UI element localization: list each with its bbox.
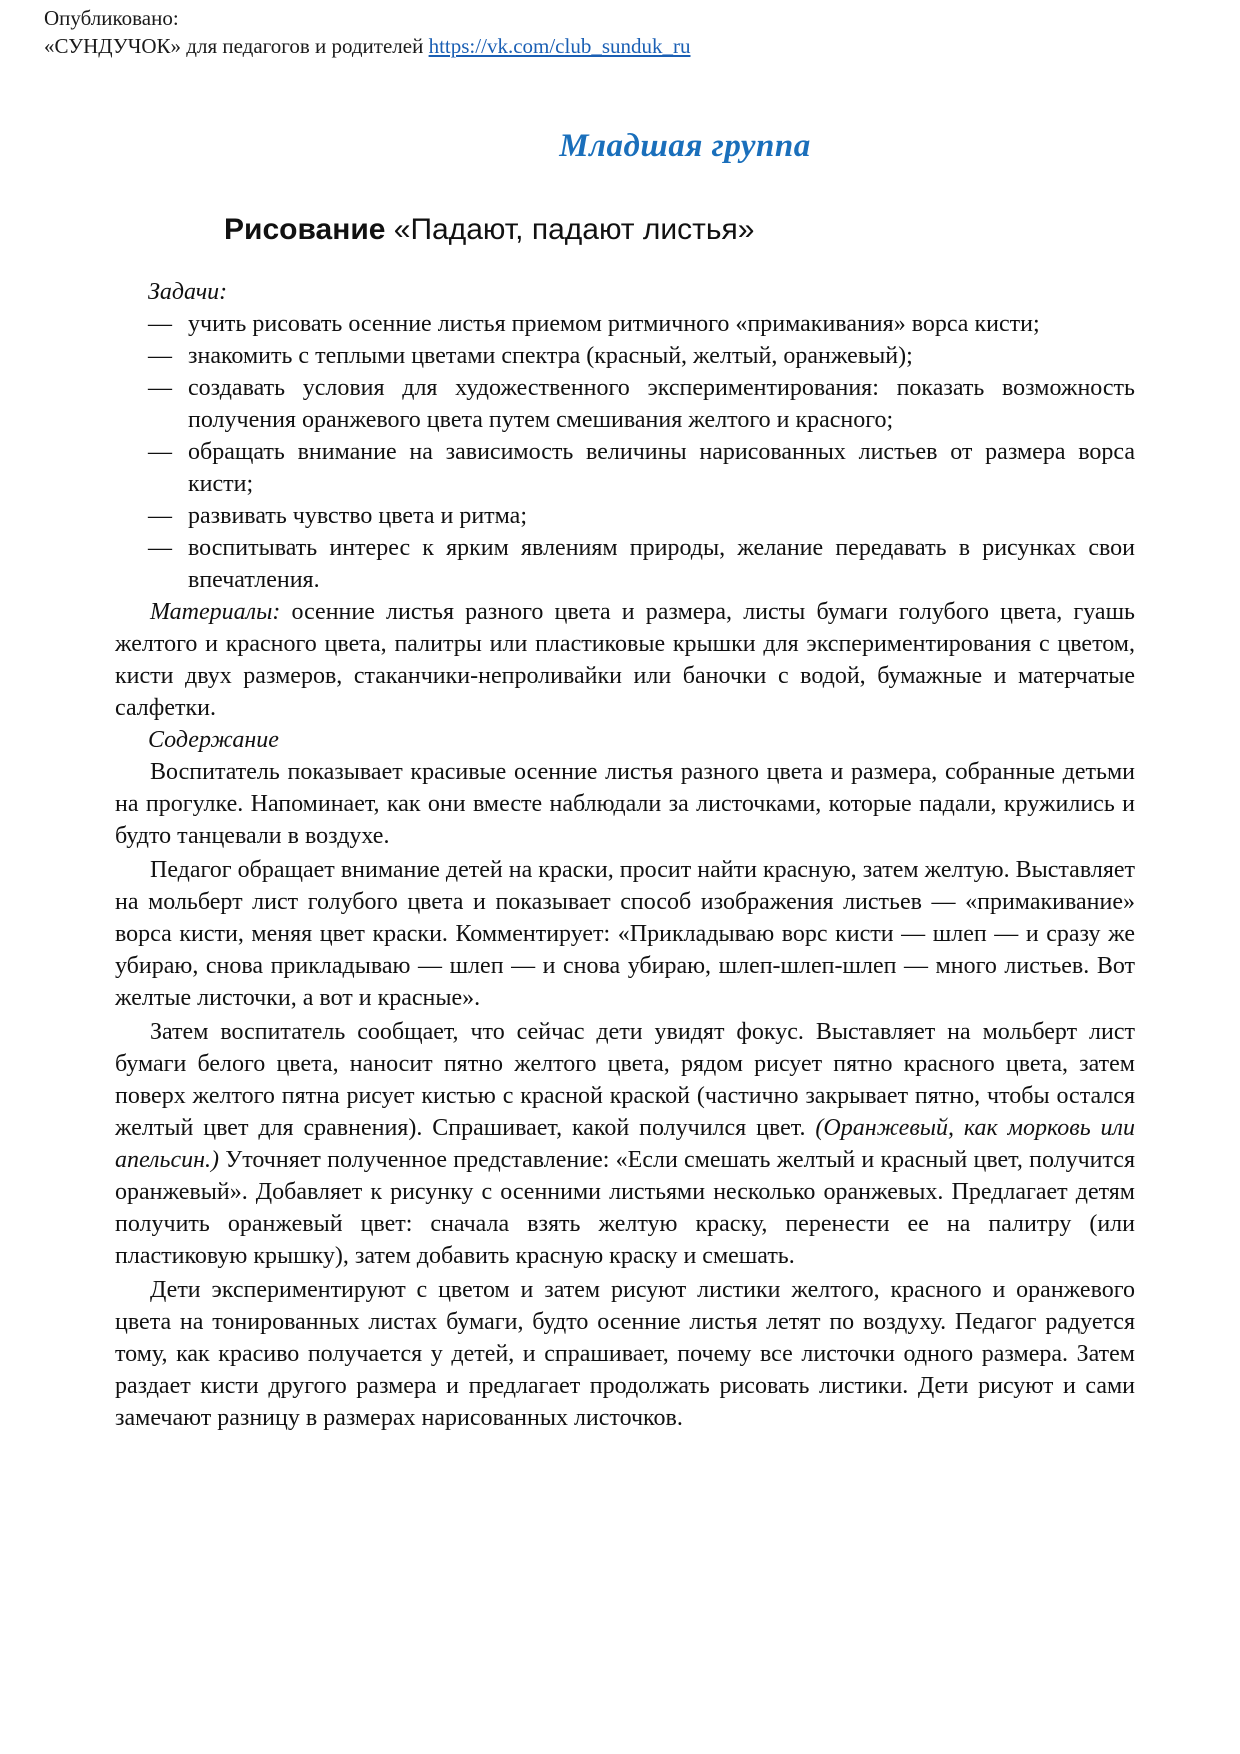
task-item: —знакомить с теплыми цветами спектра (кр… [115,340,1135,372]
tasks-label: Задачи: [115,276,1135,308]
materials-paragraph: Материалы: осенние листья разного цвета … [115,596,1135,724]
published-label: Опубликовано: [44,4,691,32]
paragraph-text: Уточняет полученное представление: «Если… [115,1147,1135,1269]
content-paragraph-1: Воспитатель показывает красивые осенние … [115,756,1135,852]
content-paragraph-4: Дети экспериментируют с цветом и затем р… [115,1274,1135,1434]
publisher-line: «СУНДУЧОК» для педагогов и родителей htt… [44,32,691,60]
lesson-name: «Падают, падают листья» [394,213,755,246]
content-label: Содержание [115,724,1135,756]
dash-bullet: — [148,532,172,564]
publisher-name: «СУНДУЧОК» для педагогов и родителей [44,34,423,58]
task-text: учить рисовать осенние листья приемом ри… [188,311,1040,337]
content-paragraph-2: Педагог обращает внимание детей на краск… [115,854,1135,1014]
task-text: обращать внимание на зависимость величин… [188,439,1135,497]
tasks-list: —учить рисовать осенние листья приемом р… [115,308,1135,596]
vk-club-link[interactable]: https://vk.com/club_sunduk_ru [429,34,691,58]
dash-bullet: — [148,372,172,404]
task-item: —создавать условия для художественного э… [115,372,1135,436]
task-item: —учить рисовать осенние листья приемом р… [115,308,1135,340]
publication-header: Опубликовано: «СУНДУЧОК» для педагогов и… [44,4,691,60]
lesson-title: Рисование «Падают, падают листья» [224,213,754,247]
task-text: знакомить с теплыми цветами спектра (кра… [188,343,913,369]
materials-label: Материалы: [150,599,280,625]
task-text: воспитывать интерес к ярким явлениям при… [188,535,1135,593]
dash-bullet: — [148,500,172,532]
content-paragraph-3: Затем воспитатель сообщает, что сейчас д… [115,1016,1135,1272]
document-body: Задачи: —учить рисовать осенние листья п… [115,276,1135,1434]
task-item: —обращать внимание на зависимость величи… [115,436,1135,500]
task-item: —воспитывать интерес к ярким явлениям пр… [115,532,1135,596]
task-item: —развивать чувство цвета и ритма; [115,500,1135,532]
section-title: Младшая группа [0,128,1240,165]
dash-bullet: — [148,340,172,372]
task-text: создавать условия для художественного эк… [188,375,1135,433]
lesson-kind: Рисование [224,213,385,246]
dash-bullet: — [148,436,172,468]
task-text: развивать чувство цвета и ритма; [188,503,527,529]
dash-bullet: — [148,308,172,340]
